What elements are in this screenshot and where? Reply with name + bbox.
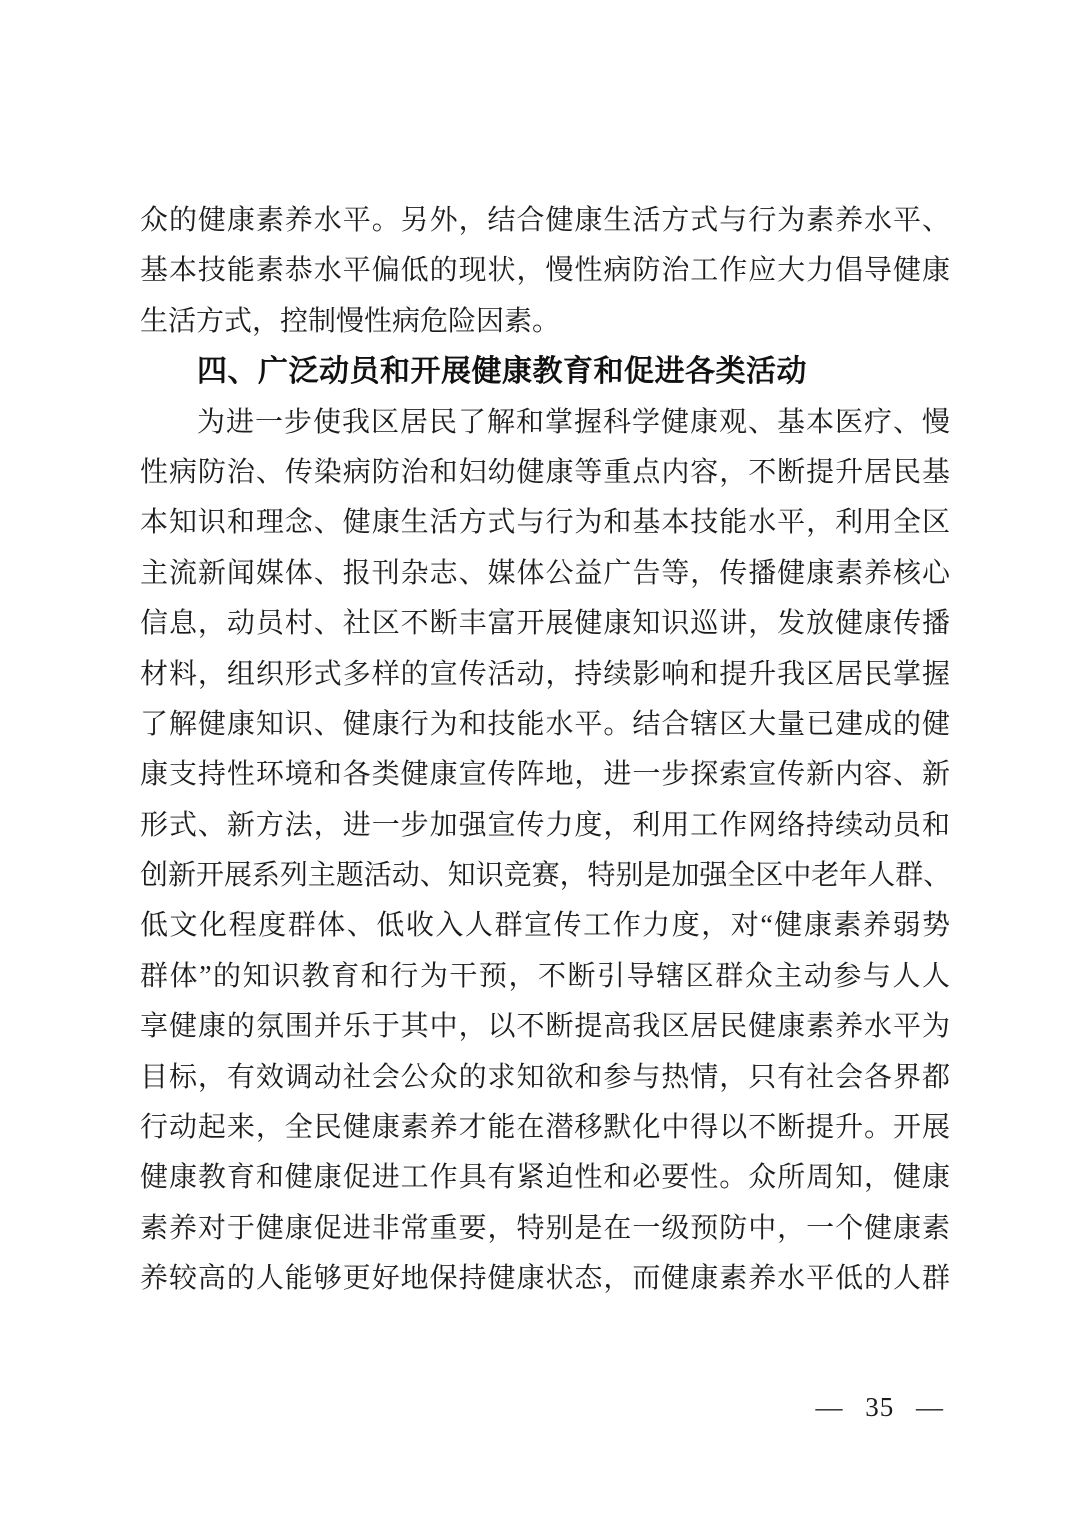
text-line: 康支持性环境和各类健康宣传阵地，进一步探索宣传新内容、新 (140, 750, 950, 800)
document-page: 众的健康素养水平。另外，结合健康生活方式与行为素养水平、 基本技能素恭水平偏低的… (0, 0, 1074, 1520)
text-line: 创新开展系列主题活动、知识竞赛，特别是加强全区中老年人群、 (140, 851, 950, 901)
text-line: 生活方式，控制慢性病危险因素。 (140, 297, 950, 347)
text-line: 材料，组织形式多样的宣传活动，持续影响和提升我区居民掌握 (140, 650, 950, 700)
text-line: 了解健康知识、健康行为和技能水平。结合辖区大量已建成的健 (140, 700, 950, 750)
section-heading: 四、广泛动员和开展健康教育和促进各类活动 (140, 347, 950, 397)
page-number: — 35 — (816, 1390, 945, 1424)
text-line: 健康教育和健康促进工作具有紧迫性和必要性。众所周知，健康 (140, 1153, 950, 1203)
text-block: 众的健康素养水平。另外，结合健康生活方式与行为素养水平、 基本技能素恭水平偏低的… (140, 196, 950, 1305)
text-line: 目标，有效调动社会公众的求知欲和参与热情，只有社会各界都 (140, 1053, 950, 1103)
text-line: 性病防治、传染病防治和妇幼健康等重点内容，不断提升居民基 (140, 448, 950, 498)
text-line: 低文化程度群体、低收入人群宣传工作力度，对“健康素养弱势 (140, 901, 950, 951)
text-line: 素养对于健康促进非常重要，特别是在一级预防中，一个健康素 (140, 1204, 950, 1254)
text-line: 养较高的人能够更好地保持健康状态，而健康素养水平低的人群 (140, 1254, 950, 1304)
text-line: 众的健康素养水平。另外，结合健康生活方式与行为素养水平、 (140, 196, 950, 246)
text-line: 主流新闻媒体、报刊杂志、媒体公益广告等，传播健康素养核心 (140, 549, 950, 599)
text-line: 形式、新方法，进一步加强宣传力度，利用工作网络持续动员和 (140, 801, 950, 851)
text-line: 享健康的氛围并乐于其中，以不断提高我区居民健康素养水平为 (140, 1002, 950, 1052)
text-line: 群体”的知识教育和行为干预，不断引导辖区群众主动参与人人 (140, 952, 950, 1002)
text-line: 行动起来，全民健康素养才能在潜移默化中得以不断提升。开展 (140, 1103, 950, 1153)
text-line: 为进一步使我区居民了解和掌握科学健康观、基本医疗、慢 (140, 398, 950, 448)
text-line: 本知识和理念、健康生活方式与行为和基本技能水平，利用全区 (140, 498, 950, 548)
text-line: 信息，动员村、社区不断丰富开展健康知识巡讲，发放健康传播 (140, 599, 950, 649)
text-line: 基本技能素恭水平偏低的现状，慢性病防治工作应大力倡导健康 (140, 246, 950, 296)
